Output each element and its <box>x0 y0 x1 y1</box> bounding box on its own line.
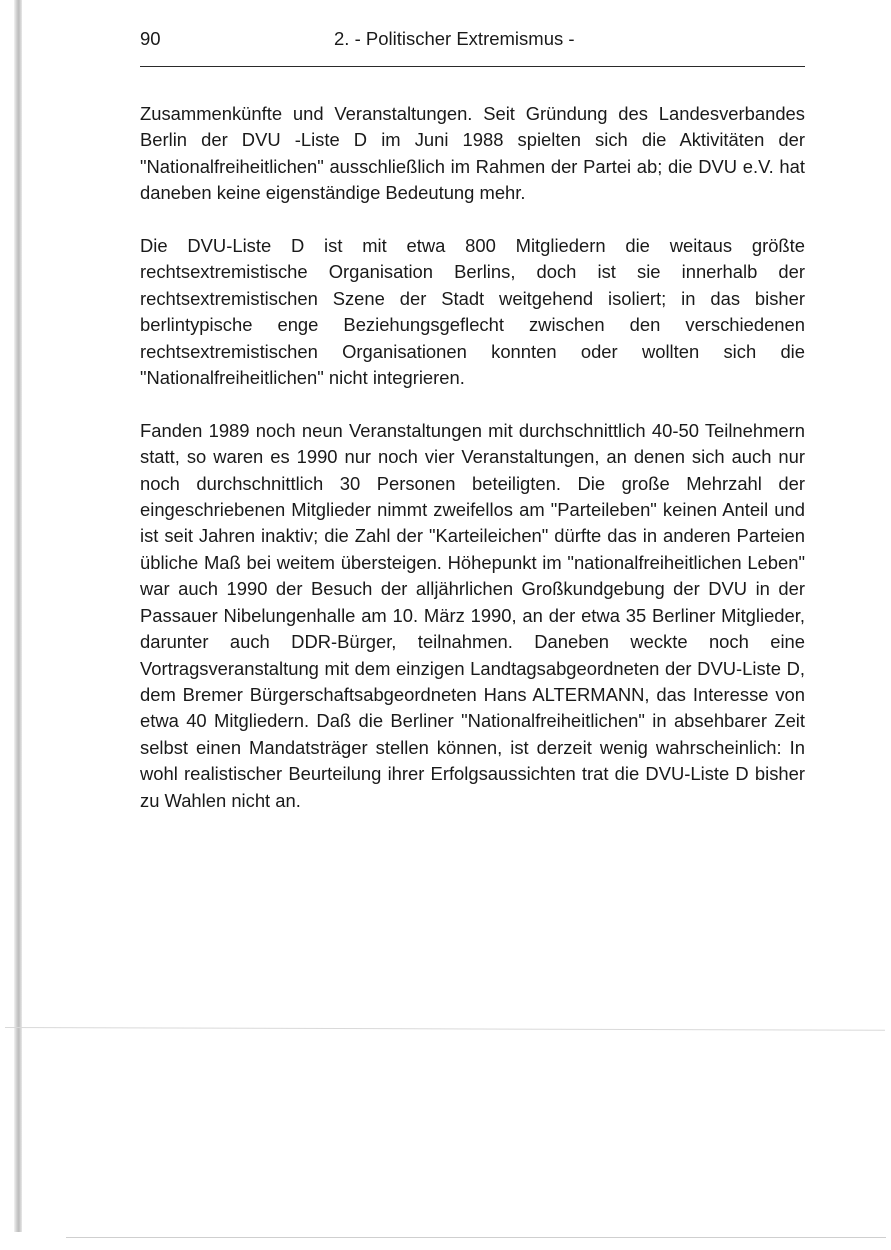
paragraph-1: Zusammenkünfte und Veranstaltungen. Seit… <box>140 101 805 207</box>
paragraph-2: Die DVU-Liste D ist mit etwa 800 Mitglie… <box>140 233 805 391</box>
page-bottom-edge <box>66 1237 886 1238</box>
scan-artifact-line <box>5 1027 885 1031</box>
paragraph-3: Fanden 1989 noch neun Veranstaltungen mi… <box>140 418 805 814</box>
chapter-title: 2. - Politischer Extremismus - <box>334 28 575 50</box>
body-text: Zusammenkünfte und Veranstaltungen. Seit… <box>140 101 805 840</box>
header-rule <box>140 66 805 67</box>
running-head: 90 2. - Politischer Extremismus - <box>140 24 805 54</box>
page-binding-shadow <box>14 0 22 1232</box>
page-number: 90 <box>140 28 161 50</box>
